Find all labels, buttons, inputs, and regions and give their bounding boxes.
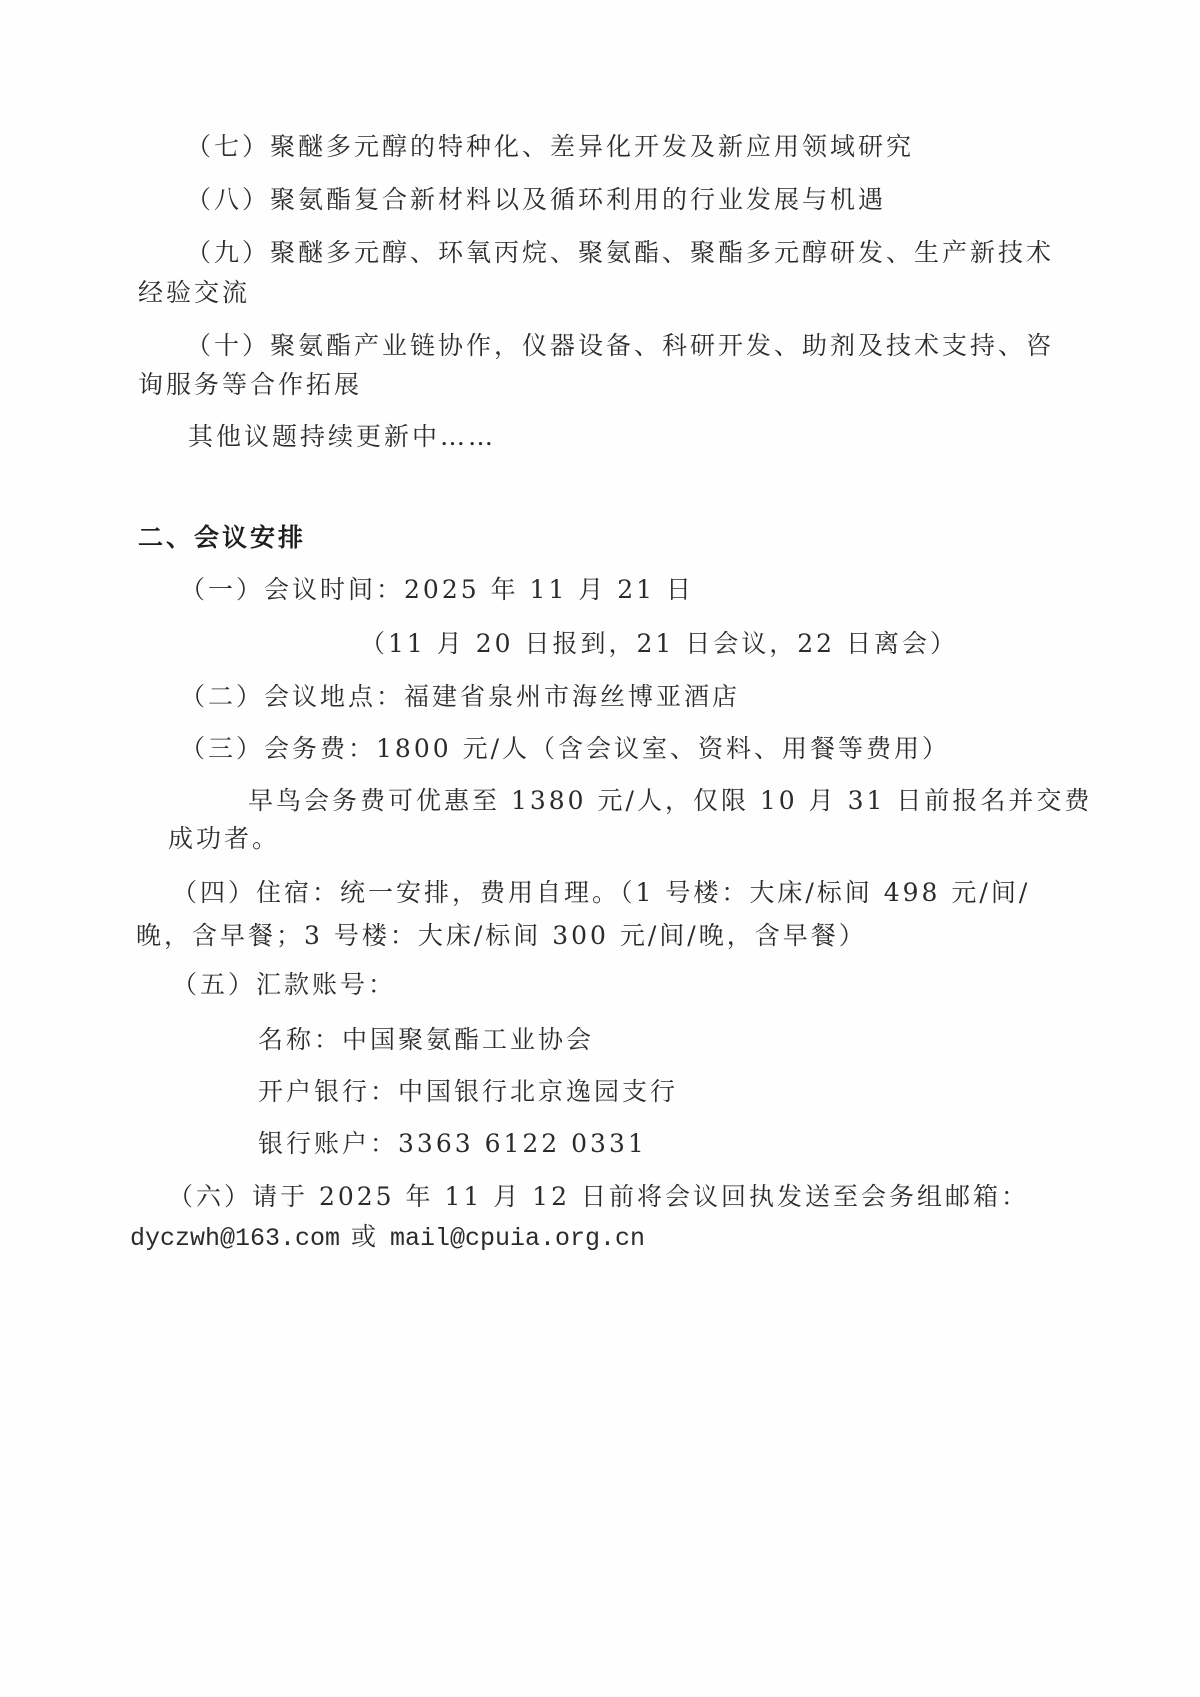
topic-text: 聚氨酯产业链协作，仪器设备、科研开发、助剂及技术支持、咨	[270, 331, 1054, 360]
reply-emails: dyczwh@163.com 或 mail@cpuia.org.cn	[130, 1220, 645, 1256]
account-number-value: 3363 6122 0331	[398, 1129, 647, 1158]
section-heading-meeting-arrangement: 二、会议安排	[138, 521, 306, 555]
early-bird-fee-line2: 成功者。	[168, 822, 280, 856]
meeting-time: （一）会议时间：2025 年 11 月 21 日	[180, 573, 694, 607]
topic-marker: （八）	[186, 185, 270, 214]
meeting-location-value: 福建省泉州市海丝博亚酒店	[404, 682, 740, 711]
meeting-schedule-note: （11 月 20 日报到，21 日会议，22 日离会）	[360, 627, 958, 661]
account-bank: 开户银行：中国银行北京逸园支行	[258, 1075, 678, 1109]
item-marker: （六）	[168, 1182, 252, 1211]
meeting-time-label: 会议时间：	[264, 575, 404, 604]
email-or: 或	[351, 1222, 379, 1251]
topic-item-9-line1: （九）聚醚多元醇、环氧丙烷、聚氨酯、聚酯多元醇研发、生产新技术	[186, 236, 1054, 270]
topic-item-10-line2: 询服务等合作拓展	[138, 368, 362, 402]
topic-item-7: （七）聚醚多元醇的特种化、差异化开发及新应用领域研究	[186, 130, 914, 164]
topic-marker: （九）	[186, 238, 270, 267]
account-name-value: 中国聚氨酯工业协会	[342, 1025, 594, 1054]
topic-text: 聚醚多元醇的特种化、差异化开发及新应用领域研究	[270, 132, 914, 161]
item-marker: （一）	[180, 575, 264, 604]
reply-instruction: （六）请于 2025 年 11 月 12 日前将会议回执发送至会务组邮箱：	[168, 1180, 1029, 1214]
account-number: 银行账户：3363 6122 0331	[258, 1127, 647, 1161]
lodging-line1: （四）住宿：统一安排，费用自理。（1 号楼：大床/标间 498 元/间/	[172, 876, 1030, 910]
topic-text: 聚氨酯复合新材料以及循环利用的行业发展与机遇	[270, 185, 886, 214]
account-bank-label: 开户银行：	[258, 1077, 398, 1106]
email-link-cpuia[interactable]: mail@cpuia.org.cn	[390, 1224, 645, 1253]
account-name-label: 名称：	[258, 1025, 342, 1054]
more-topics-note: 其他议题持续更新中……	[188, 420, 496, 454]
topic-item-8: （八）聚氨酯复合新材料以及循环利用的行业发展与机遇	[186, 183, 886, 217]
remittance-account-label: 汇款账号：	[256, 970, 396, 999]
topic-marker: （十）	[186, 331, 270, 360]
meeting-fee: （三）会务费：1800 元/人（含会议室、资料、用餐等费用）	[180, 732, 950, 766]
account-name: 名称：中国聚氨酯工业协会	[258, 1023, 594, 1057]
item-marker: （三）	[180, 734, 264, 763]
reply-text: 请于 2025 年 11 月 12 日前将会议回执发送至会务组邮箱：	[252, 1182, 1029, 1211]
account-number-label: 银行账户：	[258, 1129, 398, 1158]
topic-item-9-line2: 经验交流	[138, 276, 250, 310]
email-link-163[interactable]: dyczwh@163.com	[130, 1224, 340, 1253]
meeting-fee-value: 1800 元/人（含会议室、资料、用餐等费用）	[376, 734, 950, 763]
topic-marker: （七）	[186, 132, 270, 161]
meeting-location: （二）会议地点：福建省泉州市海丝博亚酒店	[180, 680, 740, 714]
remittance-account-heading: （五）汇款账号：	[172, 968, 396, 1002]
meeting-time-value: 2025 年 11 月 21 日	[404, 575, 694, 604]
early-bird-fee-line1: 早鸟会务费可优惠至 1380 元/人，仅限 10 月 31 日前报名并交费	[248, 784, 1092, 818]
document-page: （七）聚醚多元醇的特种化、差异化开发及新应用领域研究 （八）聚氨酯复合新材料以及…	[0, 0, 1200, 1697]
account-bank-value: 中国银行北京逸园支行	[398, 1077, 678, 1106]
meeting-location-label: 会议地点：	[264, 682, 404, 711]
lodging-text: 住宿：统一安排，费用自理。（1 号楼：大床/标间 498 元/间/	[256, 878, 1030, 907]
lodging-line2: 晚，含早餐；3 号楼：大床/标间 300 元/间/晚，含早餐）	[136, 919, 867, 953]
meeting-fee-label: 会务费：	[264, 734, 376, 763]
topic-text: 聚醚多元醇、环氧丙烷、聚氨酯、聚酯多元醇研发、生产新技术	[270, 238, 1054, 267]
topic-item-10-line1: （十）聚氨酯产业链协作，仪器设备、科研开发、助剂及技术支持、咨	[186, 329, 1054, 363]
item-marker: （二）	[180, 682, 264, 711]
item-marker: （四）	[172, 878, 256, 907]
item-marker: （五）	[172, 970, 256, 999]
